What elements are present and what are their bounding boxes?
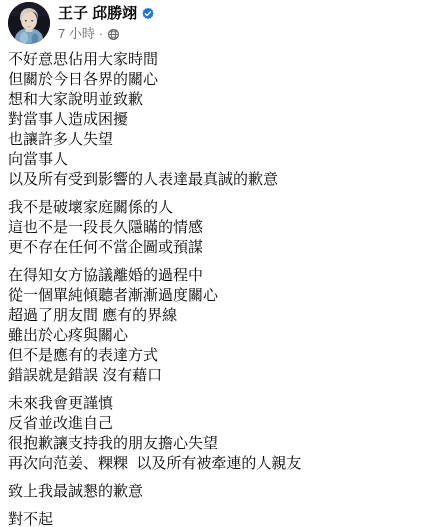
public-audience-icon <box>107 28 120 41</box>
header-info: 王子 邱勝翊 7 小時 · <box>58 2 155 42</box>
post-paragraph: 在得知女方協議離婚的過程中從一個單純傾聽者漸漸過度關心超過了朋友間 應有的界線雖… <box>8 266 426 386</box>
verified-badge-icon <box>141 7 155 21</box>
author-name[interactable]: 王子 邱勝翊 <box>58 4 137 23</box>
post-body: 不好意思佔用大家時間但關於今日各界的關心想和大家說明並致歉對當事人造成困擾也讓許… <box>0 50 434 527</box>
avatar-image <box>8 2 50 44</box>
post-meta: 7 小時 · <box>58 26 155 42</box>
profile-avatar[interactable] <box>8 2 50 44</box>
post-paragraph: 致上我最誠懇的歉意 <box>8 482 426 502</box>
post-paragraph: 我不是破壞家庭關係的人這也不是一段長久隱瞞的情感更不存在任何不當企圖或預謀 <box>8 198 426 258</box>
facebook-post: 王子 邱勝翊 7 小時 · <box>0 0 434 527</box>
post-header: 王子 邱勝翊 7 小時 · <box>0 0 434 44</box>
post-paragraph: 未來我會更謹慎反省並改進自己很抱歉讓支持我的朋友擔心失望再次向范姜、粿粿 以及所… <box>8 394 426 474</box>
post-paragraph: 不好意思佔用大家時間但關於今日各界的關心想和大家說明並致歉對當事人造成困擾也讓許… <box>8 50 426 190</box>
author-row[interactable]: 王子 邱勝翊 <box>58 4 155 23</box>
meta-separator: · <box>99 26 103 42</box>
post-paragraph: 對不起 <box>8 510 426 527</box>
post-timestamp[interactable]: 7 小時 <box>58 26 95 42</box>
